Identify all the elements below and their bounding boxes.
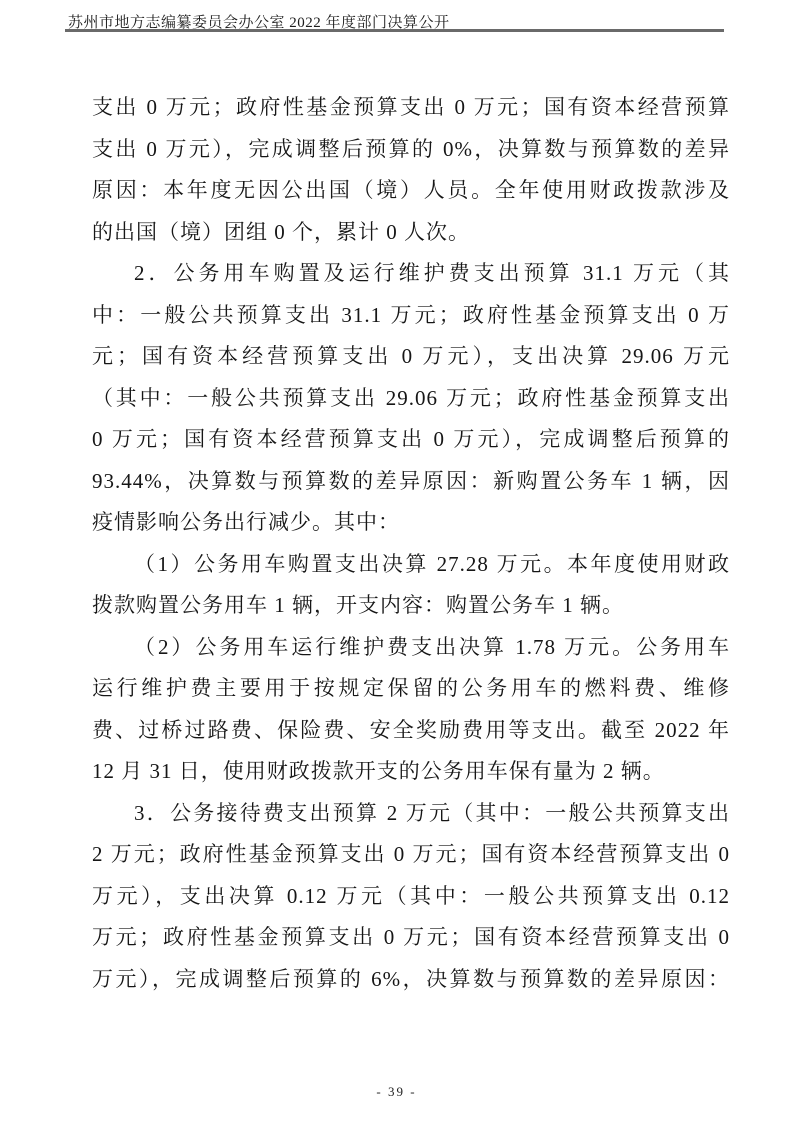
page-footer: - 39 -: [0, 1083, 793, 1101]
text-line: 的出国（境）团组 0 个，累计 0 人次。: [92, 212, 730, 254]
text-line: 运行维护费主要用于按规定保留的公务用车的燃料费、维修: [92, 668, 730, 710]
text-line: 万元；政府性基金预算支出 0 万元；国有资本经营预算支出 0: [92, 917, 730, 959]
text-line: 疫情影响公务出行减少。其中：: [92, 502, 730, 544]
text-line: （2）公务用车运行维护费支出决算 1.78 万元。公务用车: [92, 627, 730, 669]
document-page: 苏州市地方志编纂委员会办公室 2022 年度部门决算公开 支出 0 万元；政府性…: [0, 0, 793, 1122]
text-line: （1）公务用车购置支出决算 27.28 万元。本年度使用财政: [92, 544, 730, 586]
document-body: 支出 0 万元；政府性基金预算支出 0 万元；国有资本经营预算 支出 0 万元）…: [92, 87, 730, 1000]
text-line: 2．公务用车购置及运行维护费支出预算 31.1 万元（其: [92, 253, 730, 295]
text-line: 拨款购置公务用车 1 辆，开支内容：购置公务车 1 辆。: [92, 585, 730, 627]
text-line: 2 万元；政府性基金预算支出 0 万元；国有资本经营预算支出 0: [92, 834, 730, 876]
text-line: （其中：一般公共预算支出 29.06 万元；政府性基金预算支出: [92, 378, 730, 420]
text-line: 中：一般公共预算支出 31.1 万元；政府性基金预算支出 0 万: [92, 295, 730, 337]
text-line: 原因：本年度无因公出国（境）人员。全年使用财政拨款涉及: [92, 170, 730, 212]
text-line: 费、过桥过路费、保险费、安全奖励费用等支出。截至 2022 年: [92, 710, 730, 752]
header-rule: [65, 29, 724, 32]
text-line: 12 月 31 日，使用财政拨款开支的公务用车保有量为 2 辆。: [92, 751, 730, 793]
text-line: 万元），完成调整后预算的 6%，决算数与预算数的差异原因：: [92, 959, 730, 1001]
text-line: 3．公务接待费支出预算 2 万元（其中：一般公共预算支出: [92, 793, 730, 835]
text-line: 元；国有资本经营预算支出 0 万元），支出决算 29.06 万元: [92, 336, 730, 378]
text-line: 支出 0 万元；政府性基金预算支出 0 万元；国有资本经营预算: [92, 87, 730, 129]
text-line: 支出 0 万元），完成调整后预算的 0%，决算数与预算数的差异: [92, 129, 730, 171]
text-line: 万元），支出决算 0.12 万元（其中：一般公共预算支出 0.12: [92, 876, 730, 918]
text-line: 0 万元；国有资本经营预算支出 0 万元），完成调整后预算的: [92, 419, 730, 461]
page-number: - 39 -: [376, 1084, 416, 1099]
text-line: 93.44%，决算数与预算数的差异原因：新购置公务车 1 辆，因: [92, 461, 730, 503]
